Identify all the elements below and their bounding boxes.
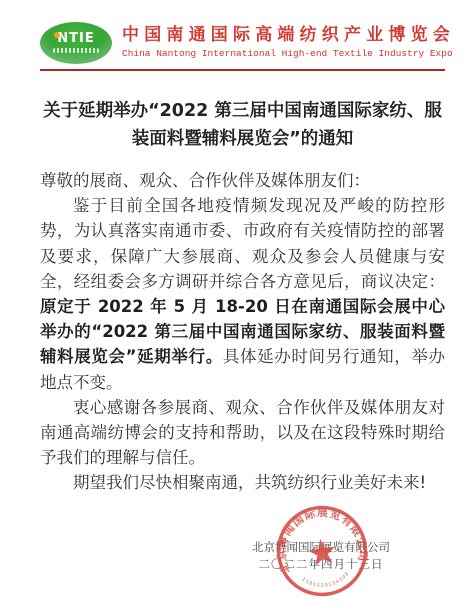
document-header: NTIE 中国南通国际高端纺织产业博览会 China Nantong Inter… — [40, 22, 445, 71]
notice-title-line2: 装面料暨辅料展览会”的通知 — [40, 125, 445, 153]
logo-text: NTIE — [57, 32, 94, 46]
logo-subtext-decoration — [53, 48, 99, 53]
notice-title-line1: 关于延期举办“2022 第三届中国南通国际家纺、服 — [40, 97, 445, 125]
paragraph-thanks: 衷心感谢各参展商、观众、合作伙伴及媒体朋友对南通高端纺博会的支持和帮助，以及在这… — [40, 395, 445, 471]
notice-body: 尊敬的展商、观众、合作伙伴及媒体朋友们： 鉴于目前全国各地疫情频发现况及严峻的防… — [40, 168, 445, 496]
company-seal-stamp: 北京博闻国际展览有限公司 1101120134308 — [270, 499, 374, 603]
seal-arc-text: 北京博闻国际展览有限公司 — [270, 500, 371, 576]
notice-document: NTIE 中国南通国际高端纺织产业博览会 China Nantong Inter… — [0, 0, 476, 609]
expo-logo: NTIE — [40, 22, 112, 64]
seal-star-icon — [307, 537, 338, 566]
expo-name-chinese: 中国南通国际高端纺织产业博览会 — [122, 25, 455, 45]
logo-dot-icon — [54, 32, 60, 38]
paragraph-postponement: 鉴于目前全国各地疫情频发现况及严峻的防控形势，为认真落实南通市委、市政府有关疫情… — [40, 193, 445, 395]
expo-name-english: China Nantong International High-end Tex… — [122, 47, 455, 60]
paragraph-postponement-lead: 鉴于目前全国各地疫情频发现况及严峻的防控形势，为认真落实南通市委、市政府有关疫情… — [40, 196, 445, 291]
paragraph-closing: 期望我们尽快相聚南通，共筑纺织行业美好未来! — [40, 470, 445, 495]
header-text-block: 中国南通国际高端纺织产业博览会 China Nantong Internatio… — [122, 22, 455, 60]
notice-title: 关于延期举办“2022 第三届中国南通国际家纺、服 装面料暨辅料展览会”的通知 — [40, 97, 445, 153]
greeting-line: 尊敬的展商、观众、合作伙伴及媒体朋友们： — [40, 168, 445, 193]
